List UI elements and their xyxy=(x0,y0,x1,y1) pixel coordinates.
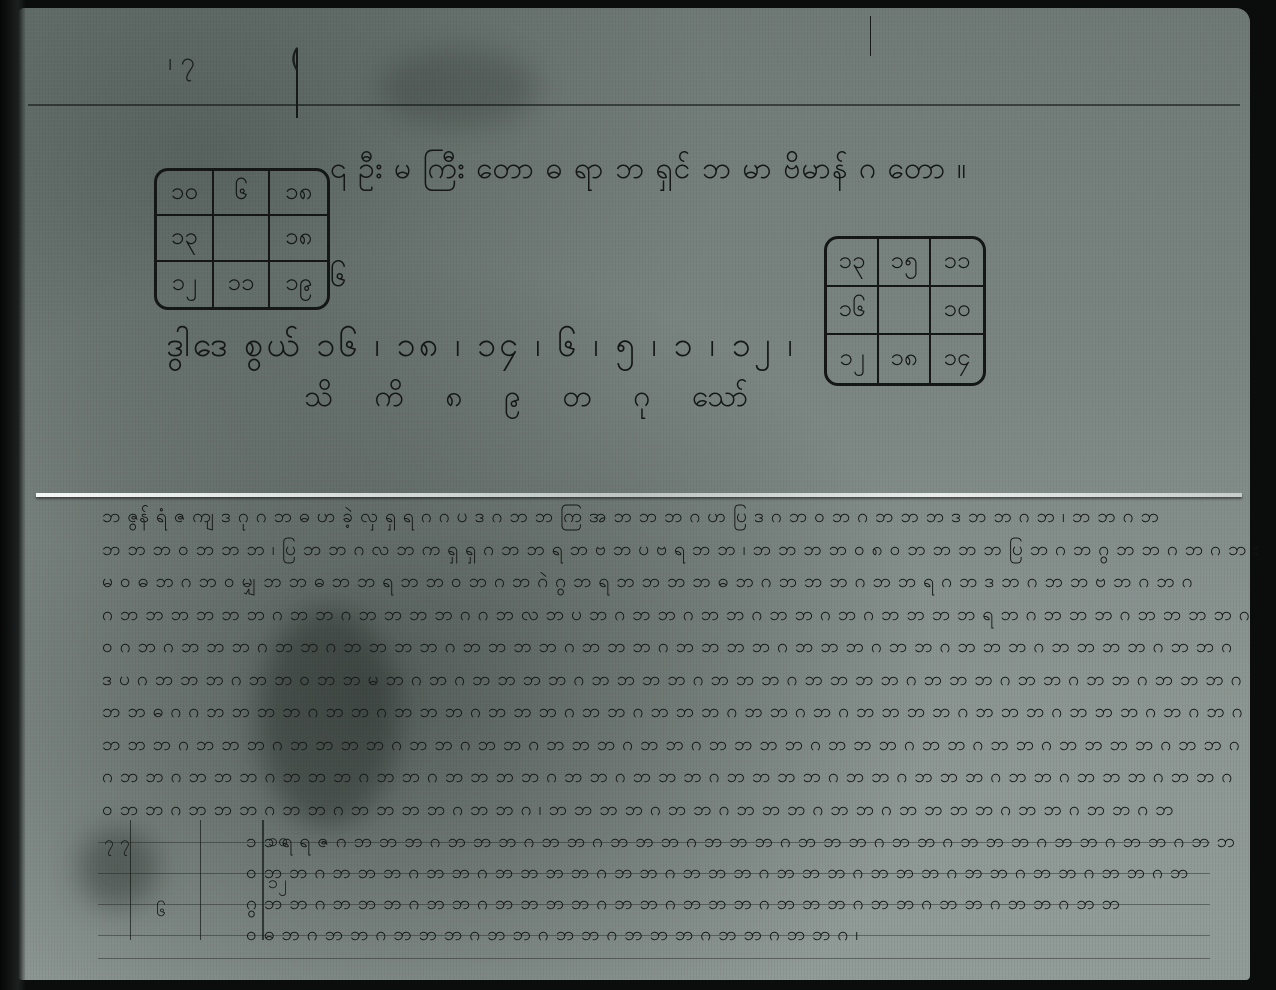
side-mark: ၆ xyxy=(330,256,347,301)
center-fold-crease xyxy=(36,493,1242,497)
text-line: ဘ ဇွန် ရံ ဇ ကျ ဒ ဂု ဂ ဘ ဓ ဟ ခဲ့ လှ ရှ ရ … xyxy=(102,500,1258,533)
top-fold-line xyxy=(28,104,1240,106)
scratch-mark xyxy=(870,16,871,56)
margin-rule xyxy=(200,820,201,940)
top-margin-mark: ၊ ၇ xyxy=(168,44,195,83)
square-cell: ၁၀ xyxy=(157,171,214,216)
text-line: ဝ ဂ ဘ ဂ ဘ ဘ ဘ ဂ ဘ ဘ ဂ ဘ ဘ ဘ ဘ ဂ ဘ ဘ ဘ ဘ … xyxy=(102,630,1258,663)
margin-rule xyxy=(130,820,131,940)
square-cell: ၁၈ xyxy=(879,335,931,383)
square-cell: ၁၈ xyxy=(270,171,327,216)
square-cell: ၁၀ xyxy=(931,287,983,335)
number-sequence-subline: သိ ကိ ၈ ၉ တ ဂု သော် xyxy=(304,376,764,421)
photo-left-edge-shadow xyxy=(0,0,26,990)
margin-note: ၆ xyxy=(156,898,166,925)
number-sequence-line: ဒွါဒေ စွယ် ၁၆ ၊ ၁၈ ၊ ၁၄ ၊ ၆ ၊ ၅ ၊ ၁ ၊ ၁၂… xyxy=(166,322,796,373)
main-text-block: ဘ ဇွန် ရံ ဇ ကျ ဒ ဂု ဂ ဘ ဓ ဟ ခဲ့ လှ ရှ ရ … xyxy=(102,500,1258,825)
text-line: ဘ ဘ ဘ ၀ ဘ ဘ ဘ ၊ ပြ ဘ ဘ ဂ လ ဘ က ရှ ရှ ဂ ဘ… xyxy=(102,533,1258,566)
ruled-line xyxy=(98,958,1210,959)
square-cell: ၁၉ xyxy=(270,262,327,307)
text-line: မ ဝ ဓ ဘ ဂ ဘ ဝ မျှ ဘ ဘ ဓ ဘ ဘ ရ ဘ ဘ ဝ ဘ ဂ … xyxy=(102,565,1258,598)
top-margin-mark: ( xyxy=(290,44,300,74)
square-cell: ၁၂ xyxy=(157,262,214,307)
square-cell: ၁၂ xyxy=(827,335,879,383)
square-cell: ၁၃ xyxy=(827,239,879,287)
text-line: ဂ ဘ ဘ ဂ ဘ ဘ ဘ ဂ ဘ ဘ ဘ ဂ ဘ ဘ ဂ ဘ ဘ ဘ ဘ ဂ … xyxy=(102,760,1258,793)
text-line: ဘ ဘ ဘ ဂ ဘ ဘ ဘ ဂ ဘ ဘ ဘ ဘ ဂ ဘ ဘ ဂ ဘ ဘ ဂ ဘ … xyxy=(102,728,1258,761)
text-line: ၁ ၁ ရ ရ ဇ ဂ ဘ ဘ ဘ ဂ ဘ ဘ ဘ ဂ ဘ ဘ ဂ ဘ ဘ ဘ … xyxy=(246,826,1256,857)
text-line: ဂွ ဘ ဘ ဂ ဘ ဘ ဘ ဂ ဘ ဘ ဂ ဘ ဘ ဘ ဘ ဂ ဘ ဘ ဂ ဘ… xyxy=(246,888,1256,919)
ruled-text-block: ၁ ၁ ရ ရ ဇ ဂ ဘ ဘ ဘ ဂ ဘ ဘ ဘ ဂ ဘ ဘ ဂ ဘ ဘ ဘ … xyxy=(246,826,1256,950)
left-number-square: ၁၀ ၆ ၁၈ ၁၃ ၁၈ ၁၂ ၁၁ ၁၉ xyxy=(154,168,330,310)
square-cell: ၁၄ xyxy=(931,335,983,383)
square-cell: ၆ xyxy=(214,171,271,216)
text-line: ဘ ဘ ဓ ဂ ဂ ဘ ဘ ဘ ဘ ဂ ဘ ဘ ဂ ဘ ဘ ဘ ဂ ဘ ဘ ဘ … xyxy=(102,695,1258,728)
manuscript-page: ၊ ၇ ( ၎ ဦး မ ကြီး တော ဓ ရာ ဘ ရှင် ဘ မာ ဗ… xyxy=(18,8,1250,980)
text-line: ဝ ဓ ဘ ဂ ဘ ဘ ဂ ဘ ဘ ဘ ဂ ဘ ဘ ဂ ဘ ဘ ဂ ဘ ဘ ဘ … xyxy=(246,919,1256,950)
text-line: ဒ ပ ဂ ဘ ဘ ဘ ဂ ဘ ဘ ဝ ဘ ဘ မ ဘ ဂ ဘ ဂ ဘ ဘ ဘ … xyxy=(102,663,1258,696)
square-cell: ၁၈ xyxy=(270,216,327,261)
square-cell xyxy=(214,216,271,261)
square-cell: ၁၃ xyxy=(157,216,214,261)
text-line: ဝ ဘ ဘ ဂ ဘ ဘ ဘ ဂ ဘ ဘ ဂ ဘ ဘ ဘ ဘ ဂ ဘ ဘ ဂ ဘ … xyxy=(246,857,1256,888)
square-cell: ၁၆ xyxy=(827,287,879,335)
margin-note: ၇ ၇ xyxy=(104,830,130,857)
heading-line: ၎ ဦး မ ကြီး တော ဓ ရာ ဘ ရှင် ဘ မာ ဗိမာန် … xyxy=(330,148,967,193)
square-cell: ၁၁ xyxy=(214,262,271,307)
right-number-square: ၁၃ ၁၅ ၁၁ ၁၆ ၁၀ ၁၂ ၁၈ ၁၄ xyxy=(824,236,986,386)
paper-stain xyxy=(378,48,538,128)
text-line: ဂ ဘ ဘ ဘ ဘ ဘ ဘ ဂ ဘ ဘ ဂ ဘ ဘ ဘ ဘ ဂ ဂ ဘ လ ဘ … xyxy=(102,598,1258,631)
square-cell: ၁၅ xyxy=(879,239,931,287)
square-cell: ၁၁ xyxy=(931,239,983,287)
square-cell xyxy=(879,287,931,335)
